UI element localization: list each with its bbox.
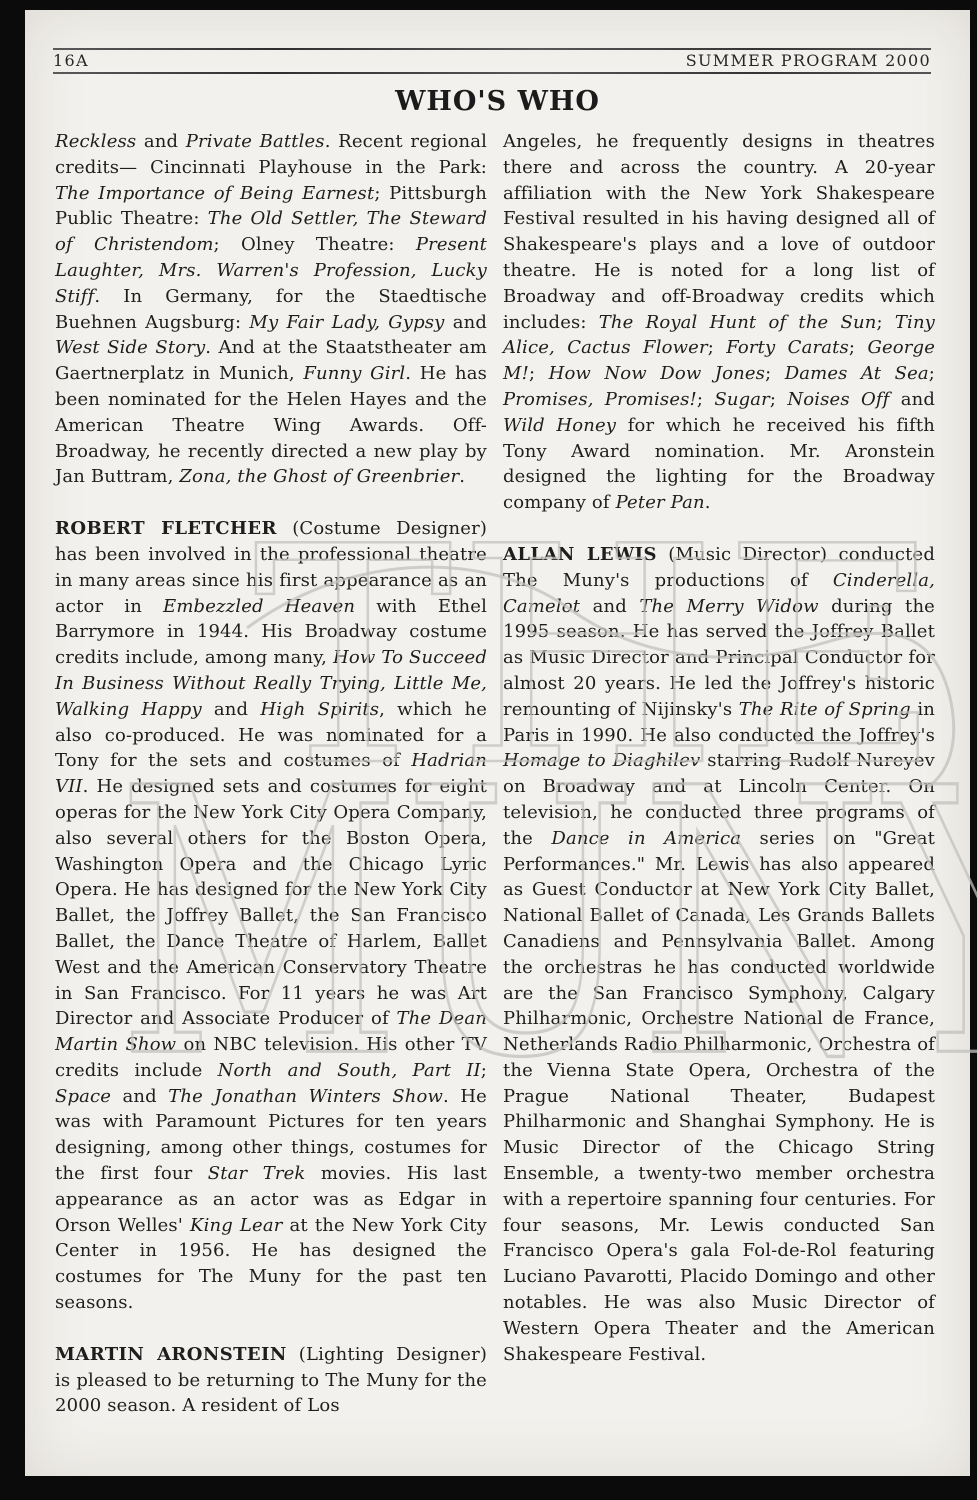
bio-name: MARTIN ARONSTEIN (55, 1344, 287, 1365)
paragraph: ALLAN LEWIS (Music Director) conducted T… (503, 542, 935, 1368)
header-rule-bottom (53, 72, 931, 74)
paragraph: Reckless and Private Battles. Recent reg… (55, 129, 487, 490)
program-page: 16A SUMMER PROGRAM 2000 WHO'S WHO Reckle… (25, 10, 970, 1476)
bio-name: ALLAN LEWIS (503, 544, 657, 565)
paragraph: MARTIN ARONSTEIN (Lighting Designer) is … (55, 1342, 487, 1419)
paragraph: Angeles, he frequently designs in theatr… (503, 129, 935, 516)
text-columns: Reckless and Private Battles. Recent reg… (55, 129, 935, 1419)
program-title: SUMMER PROGRAM 2000 (686, 51, 931, 70)
page-number: 16A (53, 51, 89, 70)
running-header: 16A SUMMER PROGRAM 2000 (53, 51, 931, 70)
header-rule-top (53, 48, 931, 50)
text-column-right: Angeles, he frequently designs in theatr… (503, 129, 935, 1419)
paragraph: ROBERT FLETCHER (Costume Designer) has b… (55, 516, 487, 1316)
page-title: WHO'S WHO (25, 86, 970, 117)
bio-name: ROBERT FLETCHER (55, 518, 277, 539)
text-column-left: Reckless and Private Battles. Recent reg… (55, 129, 487, 1419)
